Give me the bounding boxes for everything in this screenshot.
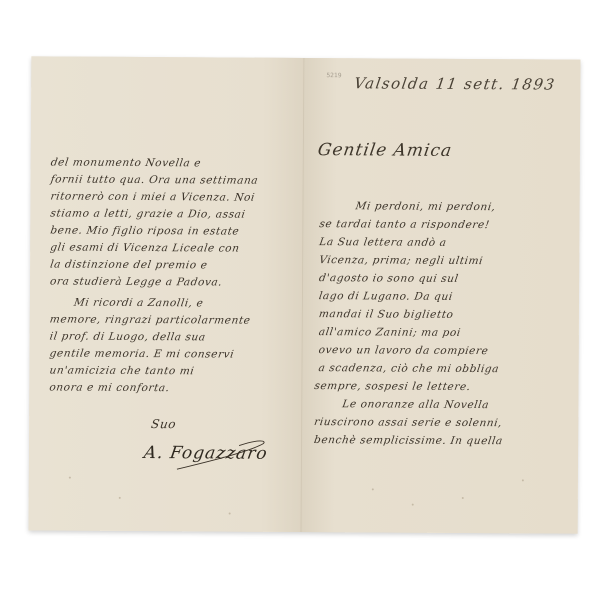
paper-speck — [462, 497, 464, 499]
letter-line: Mi ricordi a Zanolli, e — [73, 297, 204, 310]
letter-line: memore, ringrazi particolarmente — [49, 313, 251, 326]
letter-line: benchè semplicissime. In quella — [313, 434, 503, 447]
letter-line: un'amicizia che tanto mi — [49, 364, 196, 377]
letter-line: lago di Lugano. Da qui — [318, 290, 454, 303]
letter-sheet: del monumento Novella e fornii tutto qua… — [29, 56, 581, 533]
closing-text: Suo — [150, 417, 177, 431]
paper-speck — [229, 513, 231, 515]
letter-line: ovevo un lavoro da compiere — [318, 344, 489, 357]
letter-line: la distinzione del premio e — [49, 258, 208, 271]
letter-line: se tardai tanto a rispondere! — [319, 218, 491, 231]
letter-line: gentile memoria. E mi conservi — [49, 347, 235, 360]
paper-speck — [522, 479, 524, 481]
signature-flourish — [169, 435, 269, 476]
letter-line: d'agosto io sono qui sul — [318, 272, 459, 285]
letter-line: bene. Mio figlio riposa in estate — [50, 224, 241, 237]
letter-line: riuscirono assai serie e solenni, — [313, 416, 503, 429]
letter-line: il prof. di Luogo, della sua — [49, 330, 207, 343]
letter-line: onora e mi conforta. — [49, 381, 171, 394]
letter-line: gli esami di Vicenza Liceale con — [49, 241, 240, 254]
salutation: Gentile Amica — [316, 140, 453, 161]
letter-line: ritornerò con i miei a Vicenza. Noi — [50, 190, 256, 203]
right-page: 5219 Valsolda 11 sett. 1893 Gentile Amic… — [302, 58, 581, 534]
letter-line: stiamo a letti, grazie a Dio, assai — [50, 207, 247, 220]
letter-line: Le onoranze alla Novella — [341, 398, 489, 411]
letter-line: Vicenza, prima; negli ultimi — [318, 254, 484, 267]
letter-line: sempre, sospesi le lettere. — [314, 380, 472, 393]
paper-speck — [119, 497, 121, 499]
letter-line: del monumento Novella e — [50, 156, 202, 169]
letter-line: Mi perdoni, mi perdoni, — [355, 200, 497, 213]
left-page: del monumento Novella e fornii tutto qua… — [29, 56, 305, 532]
place-date: Valsolda 11 sett. 1893 — [353, 74, 557, 93]
paper-speck — [69, 477, 71, 479]
letter-line: mandai il Suo biglietto — [318, 308, 454, 321]
letter-line: La Sua lettera andò a — [318, 236, 447, 249]
archive-pencil-note: 5219 — [326, 72, 341, 79]
paper-speck — [412, 504, 414, 506]
letter-line: a scadenza, ciò che mi obbliga — [318, 362, 500, 375]
paper-speck — [372, 488, 374, 490]
letter-line: all'amico Zanini; ma poi — [318, 326, 462, 339]
letter-line: fornii tutto qua. Ora una settimana — [50, 173, 259, 186]
letter-line: ora studierà Legge a Padova. — [49, 275, 223, 288]
